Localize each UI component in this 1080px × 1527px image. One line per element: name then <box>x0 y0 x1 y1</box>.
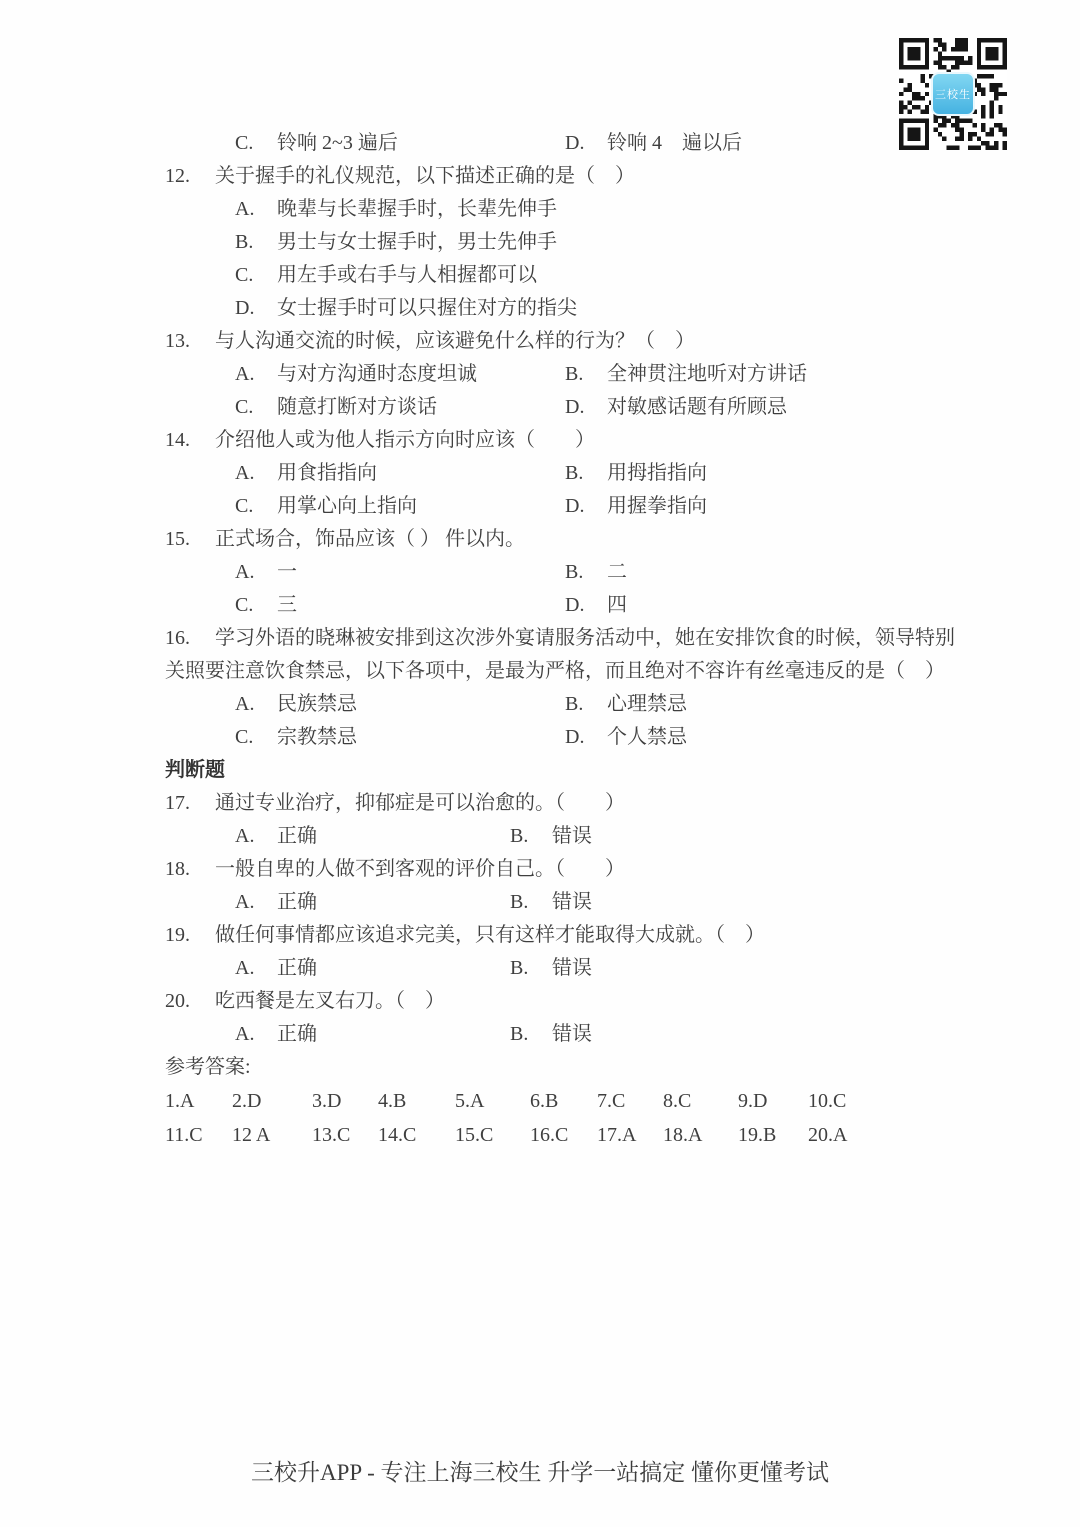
option: A.用食指指向 <box>235 457 565 490</box>
answer-item: 4.B <box>378 1084 455 1118</box>
option-text: 错误 <box>552 886 592 919</box>
option: A.民族禁忌 <box>235 688 565 721</box>
option-row: C.用掌心向上指向D.用握拳指向 <box>235 490 1080 523</box>
qr-logo-text: 三校生 <box>935 86 971 102</box>
answer-item: 10.C <box>808 1084 1080 1118</box>
question-number: 19. <box>165 919 215 952</box>
question-text-line: 17.通过专业治疗，抑郁症是可以治愈的。（ ） <box>0 787 1080 820</box>
answer-item: 2.D <box>232 1084 312 1118</box>
option-row: C.宗教禁忌D.个人禁忌 <box>235 721 1080 754</box>
answer-item: 14.C <box>378 1118 455 1152</box>
answer-item: 17.A <box>597 1118 663 1152</box>
option-text: 铃响 4 遍以后 <box>607 127 742 160</box>
question-text: 一般自卑的人做不到客观的评价自己。（ ） <box>215 858 625 880</box>
option-label: C. <box>235 721 277 754</box>
option: A.一 <box>235 556 565 589</box>
question-number: 13. <box>165 325 215 358</box>
answer-item: 12 A <box>232 1118 312 1152</box>
option: B.心理禁忌 <box>565 688 687 721</box>
option-row: C.三D.四 <box>235 589 1080 622</box>
option-text: 三 <box>277 589 297 622</box>
option-label: C. <box>235 259 277 292</box>
answer-item: 20.A <box>808 1118 1080 1152</box>
option-text: 全神贯注地听对方讲话 <box>607 358 807 391</box>
option-text: 心理禁忌 <box>607 688 687 721</box>
question-text: 吃西餐是左叉右刀。（ ） <box>215 990 445 1012</box>
answer-item: 13.C <box>312 1118 378 1152</box>
option: A.与对方沟通时态度坦诚 <box>235 358 565 391</box>
option: D.个人禁忌 <box>565 721 687 754</box>
answer-item: 9.D <box>738 1084 808 1118</box>
option-label: A. <box>235 556 277 589</box>
answer-item: 16.C <box>530 1118 597 1152</box>
question-text-line: 12.关于握手的礼仪规范，以下描述正确的是（ ） <box>0 160 1080 193</box>
option-text: 正确 <box>277 952 317 985</box>
answer-item: 7.C <box>597 1084 663 1118</box>
answer-item: 19.B <box>738 1118 808 1152</box>
option: B.二 <box>565 556 627 589</box>
answer-key-row: 1.A2.D3.D4.B5.A6.B7.C8.C9.D10.C <box>165 1084 1080 1118</box>
option-label: B. <box>235 226 277 259</box>
option-label: D. <box>565 127 607 160</box>
option: D.铃响 4 遍以后 <box>565 127 742 160</box>
option-text: 错误 <box>552 1018 592 1051</box>
option: D.女士握手时可以只握住对方的指尖 <box>235 292 577 325</box>
option: A.正确 <box>235 886 510 919</box>
option-text: 用左手或右手与人相握都可以 <box>277 259 537 292</box>
option: A.正确 <box>235 952 510 985</box>
option: A.晚辈与长辈握手时，长辈先伸手 <box>235 193 557 226</box>
option-row: C.用左手或右手与人相握都可以 <box>235 259 1080 292</box>
option-row: D.女士握手时可以只握住对方的指尖 <box>235 292 1080 325</box>
option-label: C. <box>235 490 277 523</box>
option-text: 个人禁忌 <box>607 721 687 754</box>
section-header-true-false: 判断题 <box>165 754 1080 787</box>
question-text: 学习外语的晓琳被安排到这次涉外宴请服务活动中，她在安排饮食的时候，领导特别 <box>215 627 955 649</box>
option-label: A. <box>235 952 277 985</box>
option-label: B. <box>565 358 607 391</box>
option-label: D. <box>235 292 277 325</box>
option-label: A. <box>235 688 277 721</box>
question-text: 关于握手的礼仪规范，以下描述正确的是（ ） <box>215 165 635 187</box>
answer-item: 1.A <box>165 1084 232 1118</box>
option-label: B. <box>565 688 607 721</box>
option: B.错误 <box>510 1018 592 1051</box>
question-number: 17. <box>165 787 215 820</box>
answer-item: 5.A <box>455 1084 530 1118</box>
option-text: 用握拳指向 <box>607 490 707 523</box>
question-text-line: 18.一般自卑的人做不到客观的评价自己。（ ） <box>0 853 1080 886</box>
question-text: 通过专业治疗，抑郁症是可以治愈的。（ ） <box>215 792 625 814</box>
option: C.用左手或右手与人相握都可以 <box>235 259 537 292</box>
option: B.错误 <box>510 952 592 985</box>
option-text: 四 <box>607 589 627 622</box>
option-row: A.正确B.错误 <box>235 952 1080 985</box>
option-text: 随意打断对方谈话 <box>277 391 437 424</box>
option-row: B.男士与女士握手时，男士先伸手 <box>235 226 1080 259</box>
question-number: 20. <box>165 985 215 1018</box>
answer-item: 8.C <box>663 1084 738 1118</box>
question-number: 15. <box>165 523 215 556</box>
option-text: 铃响 2~3 遍后 <box>277 127 398 160</box>
option-label: C. <box>235 391 277 424</box>
option-row: C.随意打断对方谈话D.对敏感话题有所顾忌 <box>235 391 1080 424</box>
question-number: 18. <box>165 853 215 886</box>
option: C.随意打断对方谈话 <box>235 391 565 424</box>
option: B.男士与女士握手时，男士先伸手 <box>235 226 557 259</box>
question-text: 做任何事情都应该追求完美，只有这样才能取得大成就。（ ） <box>215 924 765 946</box>
answer-item: 3.D <box>312 1084 378 1118</box>
option-label: D. <box>565 490 607 523</box>
option-label: B. <box>565 457 607 490</box>
question-number: 12. <box>165 160 215 193</box>
option: B.用拇指指向 <box>565 457 707 490</box>
option: A.正确 <box>235 1018 510 1051</box>
option: B.错误 <box>510 820 592 853</box>
answer-item: 11.C <box>165 1118 232 1152</box>
option-text: 与对方沟通时态度坦诚 <box>277 358 477 391</box>
option-label: A. <box>235 820 277 853</box>
option-label: A. <box>235 358 277 391</box>
option-text: 宗教禁忌 <box>277 721 357 754</box>
qr-center-logo: 三校生 <box>931 72 975 116</box>
option-label: D. <box>565 391 607 424</box>
option-label: B. <box>510 1018 552 1051</box>
question-text-line: 关照要注意饮食禁忌，以下各项中，是最为严格，而且绝对不容许有丝毫违反的是（ ） <box>165 655 1080 688</box>
question-text: 正式场合，饰品应该（ ） 件以内。 <box>215 528 525 550</box>
option-text: 二 <box>607 556 627 589</box>
option-text: 女士握手时可以只握住对方的指尖 <box>277 292 577 325</box>
question-text-line: 13.与人沟通交流的时候，应该避免什么样的行为？（ ） <box>0 325 1080 358</box>
question-text: 介绍他人或为他人指示方向时应该（ ） <box>215 429 595 451</box>
option-row: A.晚辈与长辈握手时，长辈先伸手 <box>235 193 1080 226</box>
option-label: B. <box>510 952 552 985</box>
option-label: B. <box>510 886 552 919</box>
option: D.对敏感话题有所顾忌 <box>565 391 787 424</box>
question-text-line: 19.做任何事情都应该追求完美，只有这样才能取得大成就。（ ） <box>0 919 1080 952</box>
answer-item: 15.C <box>455 1118 530 1152</box>
option-text: 正确 <box>277 820 317 853</box>
option-row: C.铃响 2~3 遍后D.铃响 4 遍以后 <box>235 127 1080 160</box>
answer-item: 18.A <box>663 1118 738 1152</box>
option-label: A. <box>235 886 277 919</box>
option-text: 错误 <box>552 952 592 985</box>
option: C.用掌心向上指向 <box>235 490 565 523</box>
option: C.三 <box>235 589 565 622</box>
question-text-line: 16.学习外语的晓琳被安排到这次涉外宴请服务活动中，她在安排饮食的时候，领导特别 <box>0 622 1080 655</box>
option-text: 错误 <box>552 820 592 853</box>
option-text: 民族禁忌 <box>277 688 357 721</box>
answer-key-row: 11.C12 A13.C14.C15.C16.C17.A18.A19.B20.A <box>165 1118 1080 1152</box>
option-label: B. <box>565 556 607 589</box>
option-label: A. <box>235 457 277 490</box>
question-text-line: 14.介绍他人或为他人指示方向时应该（ ） <box>0 424 1080 457</box>
option-text: 用拇指指向 <box>607 457 707 490</box>
option-label: C. <box>235 589 277 622</box>
option-text: 正确 <box>277 886 317 919</box>
option-label: D. <box>565 589 607 622</box>
exam-page: 三校生 C.铃响 2~3 遍后D.铃响 4 遍以后12.关于握手的礼仪规范，以下… <box>0 0 1080 1527</box>
question-text-line: 15.正式场合，饰品应该（ ） 件以内。 <box>0 523 1080 556</box>
option: B.全神贯注地听对方讲话 <box>565 358 807 391</box>
option: C.宗教禁忌 <box>235 721 565 754</box>
option: C.铃响 2~3 遍后 <box>235 127 565 160</box>
question-text-line: 20.吃西餐是左叉右刀。（ ） <box>0 985 1080 1018</box>
option-label: A. <box>235 193 277 226</box>
option-row: A.正确B.错误 <box>235 886 1080 919</box>
option-text: 晚辈与长辈握手时，长辈先伸手 <box>277 193 557 226</box>
option-label: C. <box>235 127 277 160</box>
option-label: D. <box>565 721 607 754</box>
option-row: A.用食指指向B.用拇指指向 <box>235 457 1080 490</box>
option-text: 用掌心向上指向 <box>277 490 417 523</box>
question-text: 与人沟通交流的时候，应该避免什么样的行为？（ ） <box>215 330 695 352</box>
option-text: 男士与女士握手时，男士先伸手 <box>277 226 557 259</box>
option-row: A.正确B.错误 <box>235 820 1080 853</box>
option: A.正确 <box>235 820 510 853</box>
exam-content: C.铃响 2~3 遍后D.铃响 4 遍以后12.关于握手的礼仪规范，以下描述正确… <box>0 127 1080 1152</box>
footer-text: 三校升APP - 专注上海三校生 升学一站搞定 懂你更懂考试 <box>0 1456 1080 1489</box>
answer-key-title: 参考答案: <box>165 1051 1080 1084</box>
option-label: A. <box>235 1018 277 1051</box>
option-text: 正确 <box>277 1018 317 1051</box>
option-row: A.正确B.错误 <box>235 1018 1080 1051</box>
question-text: 关照要注意饮食禁忌，以下各项中，是最为严格，而且绝对不容许有丝毫违反的是（ ） <box>165 660 945 682</box>
option-row: A.一B.二 <box>235 556 1080 589</box>
option-text: 用食指指向 <box>277 457 377 490</box>
question-number: 16. <box>165 622 215 655</box>
answer-item: 6.B <box>530 1084 597 1118</box>
option-row: A.民族禁忌B.心理禁忌 <box>235 688 1080 721</box>
option-label: B. <box>510 820 552 853</box>
question-number: 14. <box>165 424 215 457</box>
option: D.用握拳指向 <box>565 490 707 523</box>
option-text: 对敏感话题有所顾忌 <box>607 391 787 424</box>
option: D.四 <box>565 589 627 622</box>
option-text: 一 <box>277 556 297 589</box>
option: B.错误 <box>510 886 592 919</box>
option-row: A.与对方沟通时态度坦诚B.全神贯注地听对方讲话 <box>235 358 1080 391</box>
